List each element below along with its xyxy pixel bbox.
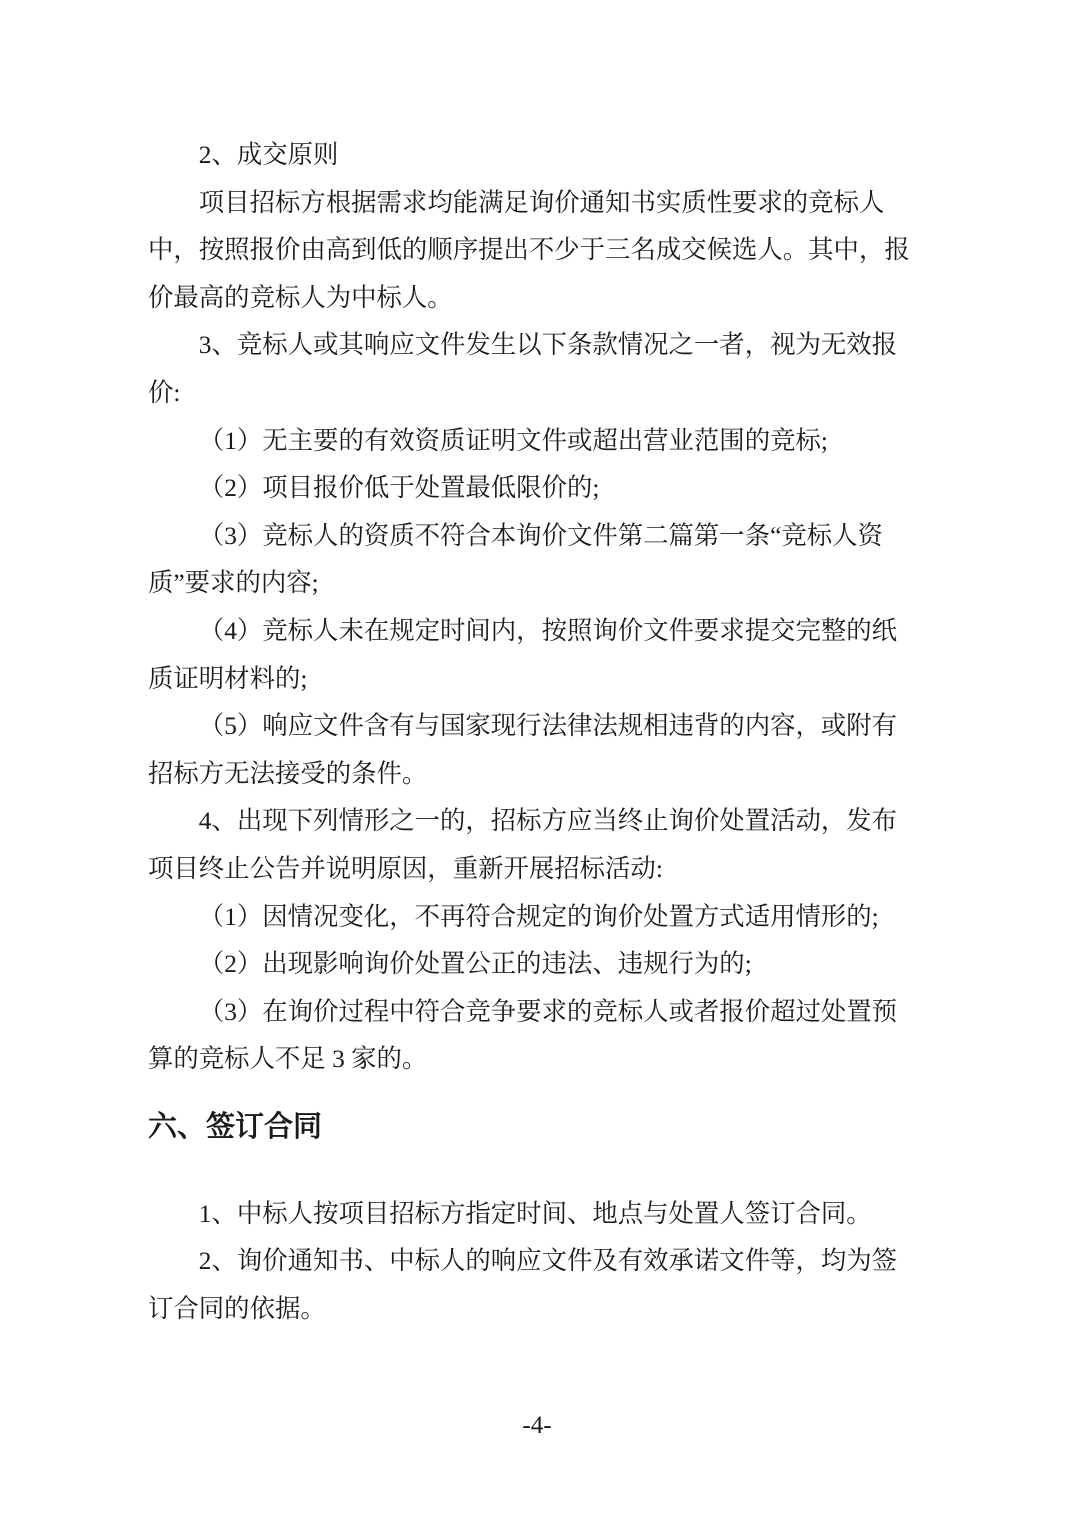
section-heading-sign-contract: 六、签订合同: [148, 1102, 1008, 1152]
paragraph-invalid-item-4: （4）竞标人未在规定时间内，按照询价文件要求提交完整的纸 质证明材料的;: [148, 608, 1008, 703]
page-number: -4-: [0, 1402, 1074, 1450]
document-body: 2、成交原则 项目招标方根据需求均能满足询价通知书实质性要求的竞标人 中，按照报…: [148, 132, 1008, 1334]
paragraph-contract-item-1: 1、中标人按项目招标方指定时间、地点与处置人签订合同。: [148, 1191, 1008, 1239]
paragraph-termination-intro: 4、出现下列情形之一的，招标方应当终止询价处置活动，发布 项目终止公告并说明原因…: [148, 798, 1008, 893]
document-page: 2、成交原则 项目招标方根据需求均能满足询价通知书实质性要求的竞标人 中，按照报…: [0, 0, 1074, 1520]
paragraph-invalid-item-2: （2）项目报价低于处置最低限价的;: [148, 465, 1008, 513]
paragraph-invalid-item-1: （1）无主要的有效资质证明文件或超出营业范围的竞标;: [148, 418, 1008, 466]
paragraph-invalid-item-5: （5）响应文件含有与国家现行法律法规相违背的内容，或附有 招标方无法接受的条件。: [148, 703, 1008, 798]
paragraph-termination-item-3: （3）在询价过程中符合竞争要求的竞标人或者报价超过处置预 算的竞标人不足 3 家…: [148, 989, 1008, 1084]
paragraph-invalid-quote-intro: 3、竞标人或其响应文件发生以下条款情况之一者，视为无效报 价:: [148, 322, 1008, 417]
paragraph-termination-item-2: （2）出现影响询价处置公正的违法、违规行为的;: [148, 941, 1008, 989]
paragraph-invalid-item-3: （3）竞标人的资质不符合本询价文件第二篇第一条“竞标人资 质”要求的内容;: [148, 513, 1008, 608]
paragraph-contract-item-2: 2、询价通知书、中标人的响应文件及有效承诺文件等，均为签 订合同的依据。: [148, 1238, 1008, 1333]
paragraph-termination-item-1: （1）因情况变化，不再符合规定的询价处置方式适用情形的;: [148, 894, 1008, 942]
paragraph-deal-principle-body: 项目招标方根据需求均能满足询价通知书实质性要求的竞标人 中，按照报价由高到低的顺…: [148, 180, 1008, 323]
paragraph-deal-principle-title: 2、成交原则: [148, 132, 1008, 180]
